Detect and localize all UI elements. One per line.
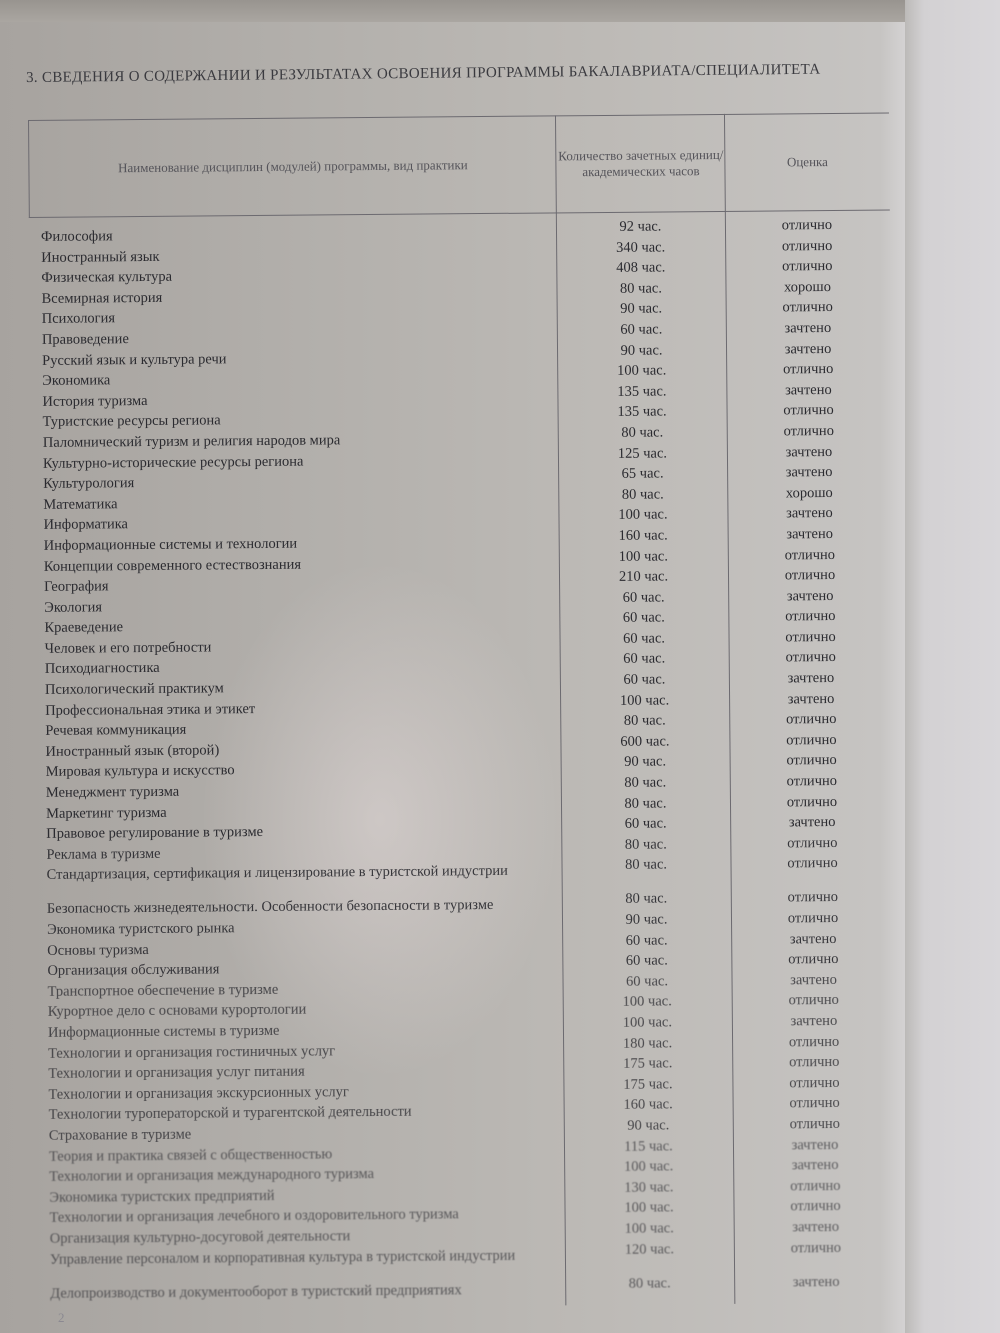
discipline-grade: зачтено (731, 971, 895, 989)
discipline-grade: отлично (730, 752, 894, 770)
discipline-grade: отлично (730, 834, 894, 852)
discipline-hours: 100 час. (558, 506, 727, 524)
discipline-hours: 100 час. (564, 1199, 733, 1217)
discipline-hours: 60 час. (560, 650, 729, 668)
discipline-grade: зачтено (731, 930, 895, 948)
discipline-hours: 115 час. (564, 1137, 733, 1155)
photo-top-edge (0, 0, 1000, 22)
discipline-hours: 135 час. (557, 383, 726, 401)
discipline-grade: зачтено (726, 381, 890, 399)
discipline-hours: 90 час. (557, 341, 726, 359)
discipline-grade: зачтено (733, 1136, 897, 1154)
discipline-grade: зачтено (730, 814, 894, 832)
discipline-hours: 80 час. (558, 486, 727, 504)
discipline-hours: 80 час. (556, 280, 725, 298)
discipline-hours: 175 час. (563, 1055, 732, 1073)
discipline-hours: 600 час. (560, 733, 729, 751)
discipline-hours: 65 час. (558, 465, 727, 483)
discipline-hours: 80 час. (561, 774, 730, 792)
discipline-grade: отлично (732, 992, 896, 1010)
discipline-hours: 60 час. (562, 931, 731, 949)
discipline-hours: 210 час. (559, 568, 728, 586)
discipline-grade: отлично (725, 237, 889, 255)
discipline-name: Делопроизводство и документооборот в тур… (50, 1282, 550, 1300)
header-discipline-name: Наименование дисциплин (модулей) програм… (29, 116, 557, 217)
discipline-grade: зачтено (727, 505, 891, 523)
discipline-grade: отлично (728, 546, 892, 564)
discipline-grade: зачтено (732, 1012, 896, 1030)
discipline-hours: 160 час. (564, 1096, 733, 1114)
discipline-name: Управление персоналом и корпоративная ку… (50, 1248, 550, 1266)
discipline-grade: отлично (729, 731, 893, 749)
discipline-hours: 100 час. (563, 1014, 732, 1032)
discipline-hours: 80 час. (558, 424, 727, 442)
discipline-grade: зачтено (733, 1157, 897, 1175)
discipline-grade: отлично (725, 258, 889, 276)
discipline-grade: отлично (734, 1239, 898, 1257)
discipline-grade: отлично (732, 1033, 896, 1051)
discipline-grade: зачтено (734, 1273, 898, 1291)
discipline-hours: 80 час. (561, 856, 730, 874)
discipline-grade: отлично (728, 628, 892, 646)
discipline-hours: 80 час. (562, 890, 731, 908)
table-body: Философия92 час.отличноИностранный язык3… (29, 216, 898, 1301)
discipline-grade: отлично (733, 1095, 897, 1113)
discipline-name: Стандартизация, сертификация и лицензиро… (47, 864, 547, 882)
discipline-hours: 90 час. (564, 1117, 733, 1135)
discipline-hours: 100 час. (557, 362, 726, 380)
discipline-hours: 80 час. (565, 1274, 734, 1292)
discipline-hours: 60 час. (562, 952, 731, 970)
discipline-hours: 90 час. (557, 300, 726, 318)
discipline-hours: 80 час. (561, 795, 730, 813)
discipline-hours: 160 час. (559, 527, 728, 545)
discipline-hours: 135 час. (558, 403, 727, 421)
discipline-grade: отлично (731, 909, 895, 927)
discipline-grade: отлично (727, 422, 891, 440)
discipline-grade: отлично (729, 711, 893, 729)
discipline-grade: зачтено (726, 340, 890, 358)
discipline-hours: 175 час. (563, 1076, 732, 1094)
discipline-grade: отлично (730, 793, 894, 811)
discipline-grade: отлично (733, 1198, 897, 1216)
table-header: Наименование дисциплин (модулей) програм… (28, 112, 890, 218)
discipline-hours: 100 час. (565, 1220, 734, 1238)
discipline-grade: отлично (730, 773, 894, 791)
discipline-grade: отлично (732, 1074, 896, 1092)
discipline-hours: 92 час. (556, 218, 725, 236)
discipline-hours: 340 час. (556, 239, 725, 257)
discipline-grade: отлично (730, 855, 894, 873)
discipline-hours: 90 час. (562, 911, 731, 929)
discipline-hours: 120 час. (565, 1240, 734, 1258)
discipline-hours: 60 час. (560, 671, 729, 689)
discipline-grade: зачтено (729, 670, 893, 688)
discipline-hours: 180 час. (563, 1034, 732, 1052)
discipline-hours: 100 час. (564, 1158, 733, 1176)
discipline-hours: 125 час. (558, 444, 727, 462)
discipline-grade: отлично (729, 649, 893, 667)
discipline-grade: зачтено (729, 690, 893, 708)
discipline-hours: 60 час. (559, 589, 728, 607)
discipline-grade: зачтено (726, 319, 890, 337)
discipline-hours: 60 час. (557, 321, 726, 339)
discipline-hours: 60 час. (561, 815, 730, 833)
disciplines-table: Наименование дисциплин (модулей) програм… (28, 112, 898, 1319)
discipline-hours: 100 час. (560, 692, 729, 710)
discipline-grade: зачтено (728, 587, 892, 605)
discipline-grade: отлично (725, 216, 889, 234)
discipline-grade: отлично (731, 951, 895, 969)
discipline-grade: отлично (733, 1177, 897, 1195)
discipline-grade: хорошо (725, 278, 889, 296)
discipline-grade: отлично (728, 608, 892, 626)
header-hours: Количество зачетных единиц/ академически… (556, 115, 726, 212)
discipline-grade: зачтено (727, 443, 891, 461)
header-grade: Оценка (725, 113, 890, 210)
discipline-grade: отлично (731, 889, 895, 907)
discipline-grade: хорошо (727, 484, 891, 502)
discipline-hours: 100 час. (563, 993, 732, 1011)
discipline-grade: отлично (726, 299, 890, 317)
discipline-grade: отлично (728, 567, 892, 585)
discipline-hours: 60 час. (562, 973, 731, 991)
discipline-grade: зачтено (728, 525, 892, 543)
discipline-hours: 60 час. (559, 609, 728, 627)
discipline-grade: зачтено (727, 464, 891, 482)
discipline-hours: 80 час. (560, 712, 729, 730)
discipline-grade: отлично (726, 361, 890, 379)
discipline-hours: 100 час. (559, 547, 728, 565)
discipline-grade: отлично (732, 1054, 896, 1072)
discipline-grade: отлично (726, 402, 890, 420)
discipline-hours: 60 час. (559, 630, 728, 648)
page-number: 2 (58, 1310, 65, 1326)
page-fold-shadow (905, 0, 1000, 1333)
discipline-grade: зачтено (734, 1218, 898, 1236)
discipline-hours: 80 час. (561, 836, 730, 854)
section-title: 3. СВЕДЕНИЯ О СОДЕРЖАНИИ И РЕЗУЛЬТАТАХ О… (26, 61, 906, 87)
discipline-hours: 90 час. (561, 753, 730, 771)
discipline-hours: 130 час. (564, 1179, 733, 1197)
discipline-hours: 408 час. (556, 259, 725, 277)
discipline-grade: отлично (733, 1115, 897, 1133)
